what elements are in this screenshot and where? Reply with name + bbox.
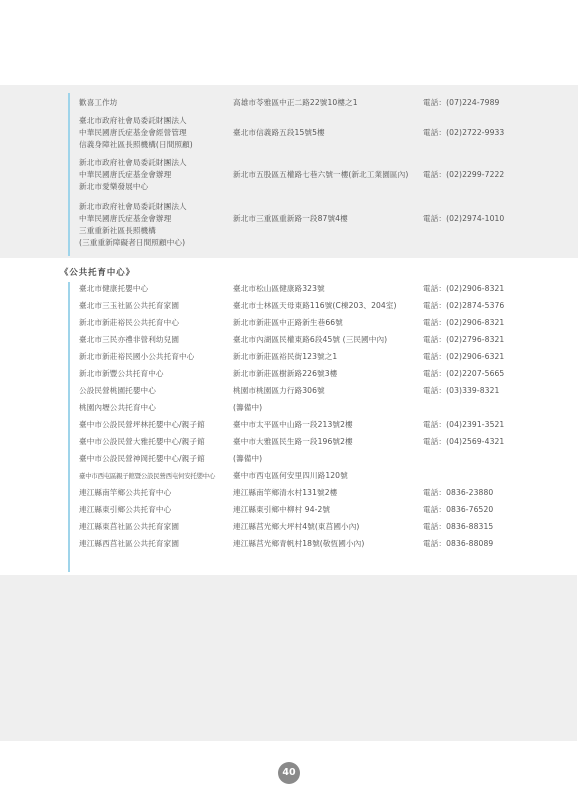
- center-address: 新北市新莊區裕民街123號之1: [233, 351, 423, 363]
- center-name: 連江縣西莒社區公共托育家園: [79, 538, 229, 550]
- center-address: 連江縣東引鄉中柳村 94-2號: [233, 504, 423, 516]
- center-address: 連江縣莒光鄉大坪村4號(東莒國小內): [233, 521, 423, 533]
- section-title-public-childcare: 《公共托育中心》: [60, 266, 135, 278]
- center-name: 臺中市公設民營坪林托嬰中心/親子館: [79, 419, 229, 431]
- organization-name: 歡喜工作坊: [79, 97, 229, 109]
- center-name: 連江縣東莒社區公共托育家園: [79, 521, 229, 533]
- center-name: 新北市新豐公共托育中心: [79, 368, 229, 380]
- organization-address: 新北市五股區五權路七巷六號一樓(新北工業園區內): [233, 169, 423, 181]
- center-phone: 電話：(02)2906-8321: [423, 317, 504, 329]
- center-phone: 電話：(02)2874-5376: [423, 300, 504, 312]
- organization-address: 新北市三重區重新路一段87號4樓: [233, 213, 423, 225]
- organization-phone: 電話：(02)2722-9933: [423, 127, 504, 139]
- center-address: 連江縣莒光鄉青帆村18號(敬恆國小內): [233, 538, 423, 550]
- organization-name: 臺北市政府社會局委託財團法人 中華民國唐氏症基金會經營管理 信義身障社區長照機構…: [79, 115, 229, 151]
- center-address: 臺北市松山區健康路323號: [233, 283, 423, 295]
- center-phone: 電話：0836-23880: [423, 487, 493, 499]
- center-name: 臺北市健康托嬰中心: [79, 283, 229, 295]
- center-phone: 電話：(04)2569-4321: [423, 436, 504, 448]
- organization-name: 新北市政府社會局委託財團法人 中華民國唐氏症基金會辦理 三重重新社區長照機構 (…: [79, 201, 229, 249]
- center-address: 臺中市太平區中山路一段213號2樓: [233, 419, 423, 431]
- center-name: 公設民營桃園托嬰中心: [79, 385, 229, 397]
- organization-phone: 電話：(07)224-7989: [423, 97, 499, 109]
- center-address: 臺北市內湖區民權東路6段45號 (三民國中內): [233, 334, 423, 346]
- organization-phone: 電話：(02)2974-1010: [423, 213, 504, 225]
- center-phone: 電話：(02)2906-6321: [423, 351, 504, 363]
- center-name: 臺北市三玉社區公共托育家園: [79, 300, 229, 312]
- organization-address: 高雄市苓雅區中正二路22號10樓之1: [233, 97, 423, 109]
- center-address: (籌備中): [233, 402, 423, 414]
- center-address: 臺北市士林區天母東路116號(C棟203、204室): [233, 300, 423, 312]
- center-phone: 電話：0836-76520: [423, 504, 493, 516]
- center-name: 連江縣南竿鄉公共托育中心: [79, 487, 229, 499]
- organization-address: 臺北市信義路五段15號5樓: [233, 127, 423, 139]
- center-address: (籌備中): [233, 453, 423, 465]
- page-number-badge: 40: [278, 762, 300, 784]
- center-name: 臺中市西屯區親子館暨公設民營西屯何安托嬰中心: [79, 470, 229, 482]
- center-address: 連江縣南竿鄉清水村131號2樓: [233, 487, 423, 499]
- center-name: 連江縣東引鄉公共托育中心: [79, 504, 229, 516]
- center-phone: 電話：(03)339-8321: [423, 385, 499, 397]
- bottom-blank-panel: [0, 575, 577, 741]
- center-address: 臺中市西屯區何安里四川路120號: [233, 470, 423, 482]
- center-address: 新北市新莊區中正路新生巷66號: [233, 317, 423, 329]
- public-childcare-accent-line: [68, 282, 70, 572]
- center-phone: 電話：(02)2207-5665: [423, 368, 504, 380]
- center-phone: 電話：(02)2906-8321: [423, 283, 504, 295]
- center-address: 新北市新莊區樹新路226號3樓: [233, 368, 423, 380]
- center-name: 臺北市三民亦禮非營利幼兒園: [79, 334, 229, 346]
- center-phone: 電話：0836-88089: [423, 538, 493, 550]
- center-name: 臺中市公設民營神岡托嬰中心/親子館: [79, 453, 229, 465]
- center-name: 新北市新莊裕民國小公共托育中心: [79, 351, 229, 363]
- center-phone: 電話：(04)2391-3521: [423, 419, 504, 431]
- center-phone: 電話：(02)2796-8321: [423, 334, 504, 346]
- organization-phone: 電話：(02)2299-7222: [423, 169, 504, 181]
- center-name: 新北市新莊裕民公共托育中心: [79, 317, 229, 329]
- center-name: 臺中市公設民營大雅托嬰中心/親子館: [79, 436, 229, 448]
- top-section-accent-line: [68, 93, 70, 256]
- organization-name: 新北市政府社會局委託財團法人 中華民國唐氏症基金會辦理 新北市愛樂發展中心: [79, 157, 229, 193]
- center-address: 臺中市大雅區民生路一段196號2樓: [233, 436, 423, 448]
- center-name: 桃園內壢公共托育中心: [79, 402, 229, 414]
- center-phone: 電話：0836-88315: [423, 521, 493, 533]
- center-address: 桃園市桃園區力行路306號: [233, 385, 423, 397]
